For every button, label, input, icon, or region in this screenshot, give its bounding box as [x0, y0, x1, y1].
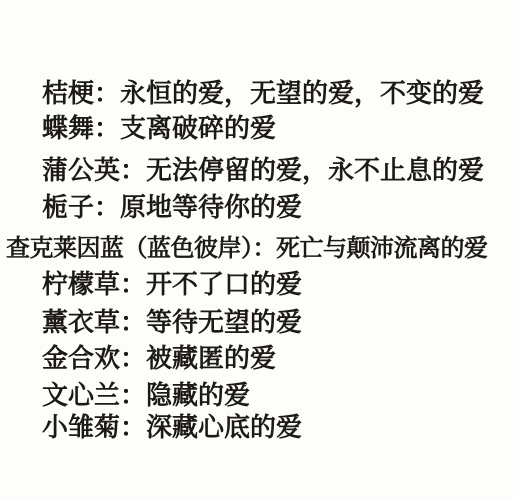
colon-separator: ：	[120, 343, 146, 373]
colon-separator: ：	[94, 78, 120, 108]
flower-meaning-line: 查克莱因蓝（蓝色彼岸）：死亡与颠沛流离的爱	[6, 230, 488, 268]
flower-name: 栀子	[42, 192, 94, 222]
flower-meaning: 开不了口的爱	[146, 269, 302, 299]
flower-meaning: 深藏心底的爱	[146, 412, 302, 442]
flower-meaning-line: 蝶舞：支离破碎的爱	[42, 109, 276, 147]
colon-separator: ：	[94, 192, 120, 222]
flower-name: 金合欢	[42, 343, 120, 373]
colon-separator: ：	[120, 380, 146, 410]
flower-meaning-line: 小雏菊：深藏心底的爱	[42, 408, 302, 446]
flower-meaning: 永恒的爱，无望的爱，不变的爱	[120, 78, 484, 108]
flower-name: 柠檬草	[42, 269, 120, 299]
flower-name: 文心兰	[42, 380, 120, 410]
flower-name: 薰衣草	[42, 307, 120, 337]
flower-name: 蒲公英	[42, 155, 120, 185]
colon-separator: ：	[94, 113, 120, 143]
flower-meaning: 无法停留的爱，永不止息的爱	[146, 155, 484, 185]
colon-separator: ：	[120, 269, 146, 299]
colon-separator: ：	[120, 412, 146, 442]
flower-meaning: 等待无望的爱	[146, 307, 302, 337]
colon-separator: ：	[120, 155, 146, 185]
flower-meaning-line: 蒲公英：无法停留的爱，永不止息的爱	[42, 151, 484, 189]
colon-separator: ：	[253, 235, 277, 262]
flower-meaning-line: 柠檬草：开不了口的爱	[42, 265, 302, 303]
flower-name: 小雏菊	[42, 412, 120, 442]
flower-name: 桔梗	[42, 78, 94, 108]
flower-meaning: 原地等待你的爱	[120, 192, 302, 222]
flower-meaning-line: 薰衣草：等待无望的爱	[42, 303, 302, 341]
flower-meaning: 被藏匿的爱	[146, 343, 276, 373]
flower-meaning: 死亡与颠沛流离的爱	[276, 235, 488, 262]
flower-name: 蝶舞	[42, 113, 94, 143]
flower-meaning: 支离破碎的爱	[120, 113, 276, 143]
flower-meaning: 隐藏的爱	[146, 380, 250, 410]
flower-meaning-line: 桔梗：永恒的爱，无望的爱，不变的爱	[42, 74, 484, 112]
colon-separator: ：	[120, 307, 146, 337]
flower-name: 查克莱因蓝（蓝色彼岸）	[6, 235, 253, 262]
flower-meaning-line: 栀子：原地等待你的爱	[42, 188, 302, 226]
flower-meaning-line: 金合欢：被藏匿的爱	[42, 339, 276, 377]
flower-language-list: 桔梗：永恒的爱，无望的爱，不变的爱 蝶舞：支离破碎的爱 蒲公英：无法停留的爱，永…	[0, 0, 514, 500]
